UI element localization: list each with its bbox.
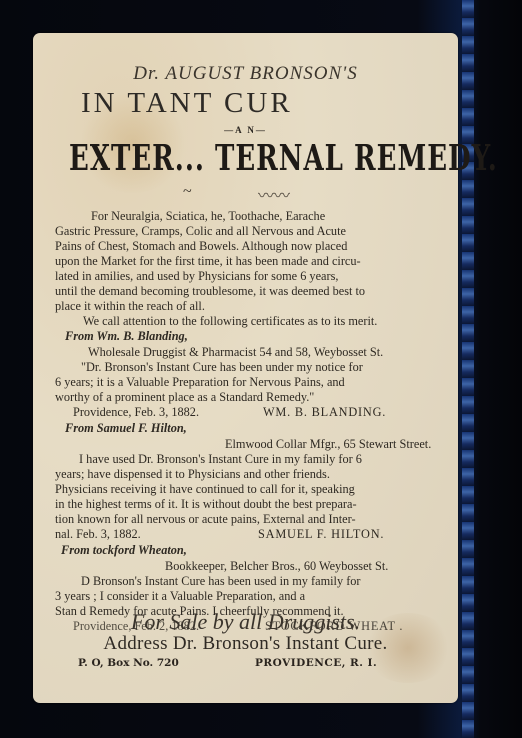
- for-sale-line: For Sale by all Druggists.: [33, 609, 458, 635]
- squiggle-ornament-right: 〰〰: [258, 183, 290, 206]
- testimonial-title: Wholesale Druggist & Pharmacist 54 and 5…: [88, 345, 383, 361]
- testimonial-date: nal. Feb. 3, 1882.: [55, 527, 141, 543]
- testimonial-line: in the highest terms of it. It is withou…: [55, 497, 357, 513]
- intro-line: upon the Market for the first time, it h…: [55, 254, 361, 270]
- intro-line: lated in amilies, and used by Physicians…: [55, 269, 338, 285]
- testimonial-title: Bookkeeper, Belcher Bros., 60 Weybosset …: [165, 559, 388, 575]
- testimonial-line: tion known for all nervous or acute pain…: [55, 512, 356, 528]
- testimonial-title: Elmwood Collar Mfgr., 65 Stewart Street.: [225, 437, 431, 453]
- testimonial-line: worthy of a prominent place as a Standar…: [55, 390, 314, 406]
- address-line: Address Dr. Bronson's Instant Cure.: [33, 633, 458, 655]
- intro-line: Gastric Pressure, Cramps, Colic and all …: [55, 224, 346, 240]
- intro-line: until the demand becoming troublesome, i…: [55, 284, 365, 300]
- testimonial-from: From Wm. B. Blanding,: [65, 329, 188, 345]
- squiggle-ornament-left: ~: [183, 183, 192, 201]
- po-box: P. O, Box No. 720: [78, 657, 179, 669]
- intro-line: Pains of Chest, Stomach and Bowels. Alth…: [55, 239, 347, 255]
- an-separator: —A N—: [33, 125, 458, 135]
- testimonial-date: Providence, Feb. 3, 1882.: [73, 405, 199, 421]
- testimonial-signature: SAMUEL F. HILTON.: [258, 527, 384, 543]
- intro-line: place it within the reach of all.: [55, 299, 205, 315]
- trade-card: Dr. AUGUST BRONSON'S IN TANT CUR —A N— E…: [33, 33, 458, 703]
- city: PROVIDENCE, R. I.: [255, 657, 377, 669]
- testimonial-line: years; have dispensed it to Physicians a…: [55, 467, 330, 483]
- testimonial-line: 3 years ; I consider it a Valuable Prepa…: [55, 589, 305, 605]
- doctor-name-heading: Dr. AUGUST BRONSON'S: [33, 63, 458, 85]
- testimonial-line: 6 years; it is a Valuable Preparation fo…: [55, 375, 345, 391]
- testimonial-signature: WM. B. BLANDING.: [263, 405, 386, 421]
- testimonial-from: From tockford Wheaton,: [61, 543, 187, 559]
- testimonial-line: D Bronson's Instant Cure has been used i…: [81, 574, 361, 590]
- testimonial-line: Physicians receiving it have continued t…: [55, 482, 355, 498]
- testimonial-line: "Dr. Bronson's Instant Cure has been und…: [81, 360, 363, 376]
- intro-line: For Neuralgia, Sciatica, he, Toothache, …: [91, 209, 325, 225]
- remedy-heading: EXTER... TERNAL REMEDY.: [69, 139, 498, 180]
- blue-binding-strip: [462, 0, 474, 738]
- product-name-heading: IN TANT CUR: [81, 87, 293, 120]
- testimonial-from: From Samuel F. Hilton,: [65, 421, 187, 437]
- testimonial-line: I have used Dr. Bronson's Instant Cure i…: [79, 452, 362, 468]
- intro-line: We call attention to the following certi…: [83, 314, 377, 330]
